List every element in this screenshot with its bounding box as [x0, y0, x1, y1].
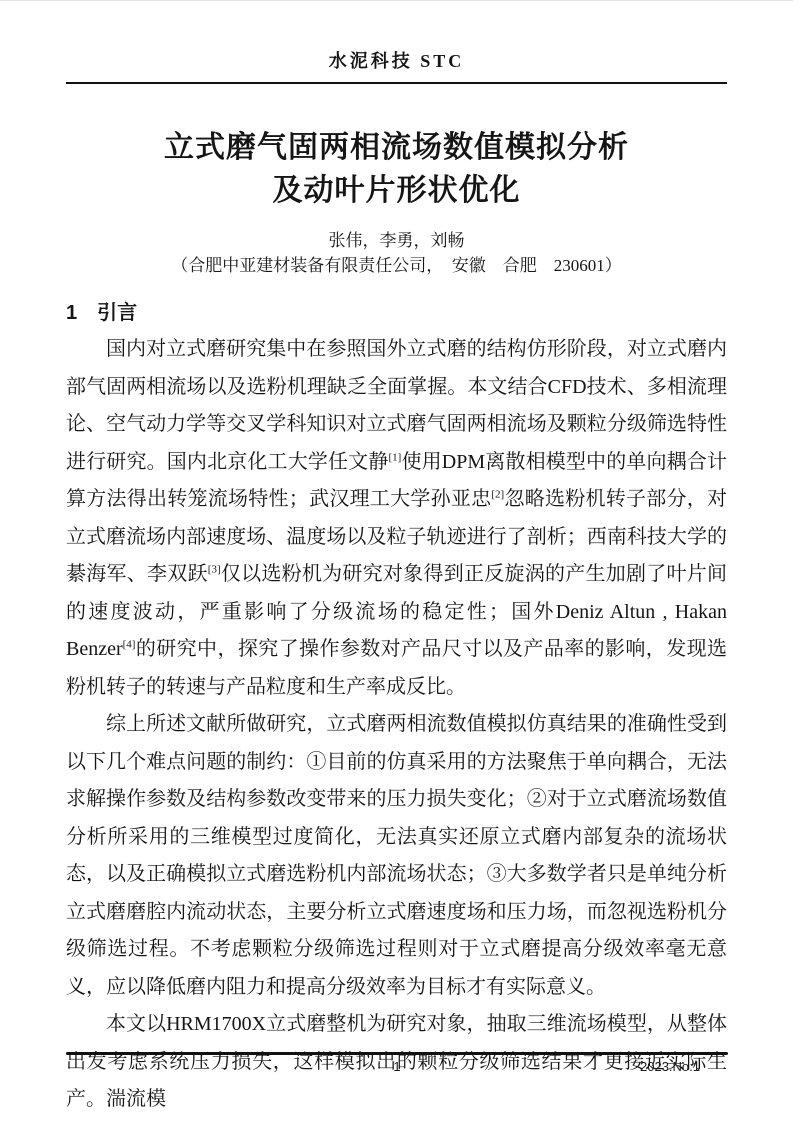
page-content: 水泥科技 STC 立式磨气固两相流场数值模拟分析 及动叶片形状优化 张伟，李勇，…	[0, 1, 793, 1119]
section-heading: 1引言	[66, 299, 727, 327]
paper-title: 立式磨气固两相流场数值模拟分析 及动叶片形状优化	[66, 126, 727, 212]
body-paragraphs: 国内对立式磨研究集中在参照国外立式磨的结构仿形阶段，对立式磨内部气固两相流场以及…	[66, 331, 727, 1119]
journal-running-head: 水泥科技 STC	[66, 1, 727, 73]
affiliation: （合肥中亚建材装备有限责任公司， 安徽 合肥 230601）	[66, 254, 727, 278]
footer-rule	[66, 1052, 728, 1055]
section-number: 1	[66, 299, 77, 327]
paragraph: 国内对立式磨研究集中在参照国外立式磨的结构仿形阶段，对立式磨内部气固两相流场以及…	[66, 331, 727, 706]
citation-ref: [1]	[388, 451, 401, 463]
paper-title-line2: 及动叶片形状优化	[273, 174, 521, 207]
citation-ref: [2]	[491, 488, 504, 500]
paragraph: 综上所述文献所做研究，立式磨两相流数值模拟仿真结果的准确性受到以下几个难点问题的…	[66, 706, 727, 1006]
issue-label: 2023.No.1	[640, 1059, 700, 1074]
authors: 张伟，李勇，刘畅	[66, 229, 727, 253]
page-footer: 1 2023.No.1	[66, 1059, 728, 1077]
paper-title-line1: 立式磨气固两相流场数值模拟分析	[164, 131, 629, 164]
header-rule	[66, 82, 727, 84]
citation-ref: [4]	[123, 638, 136, 650]
page-number: 1	[66, 1059, 728, 1074]
section-title: 引言	[97, 302, 137, 324]
citation-ref: [3]	[208, 563, 221, 575]
document-page: 水泥科技 STC 立式磨气固两相流场数值模拟分析 及动叶片形状优化 张伟，李勇，…	[0, 0, 793, 1122]
